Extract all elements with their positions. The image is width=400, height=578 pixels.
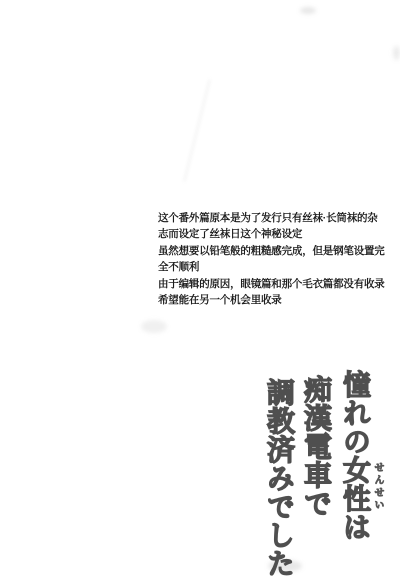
title-column-1: 憧れの女性は [341,370,369,541]
afterword-line: 志而设定了丝袜日这个神秘设定 [158,226,385,242]
title-column-3: 調教済みでした [265,378,293,578]
afterword-line: 由于编辑的原因，眼镜篇和那个毛衣篇都没有收录 [158,276,385,292]
afterword-line: 这个番外篇原本是为了发行只有丝袜·长筒袜的杂 [158,210,385,226]
scan-smudge [141,320,167,333]
scan-smudge [393,46,400,60]
afterword-line: 虽然想要以铅笔般的粗糙感完成，但是钢笔设置完 [158,243,385,259]
scan-smudge [300,7,316,14]
afterword-text-block: 这个番外篇原本是为了发行只有丝袜·长筒袜的杂 志而设定了丝袜日这个神秘设定 虽然… [158,210,385,308]
scanned-afterword-page: 这个番外篇原本是为了发行只有丝袜·长筒袜的杂 志而设定了丝袜日这个神秘设定 虽然… [0,0,400,578]
scan-crease [183,79,210,181]
title-column-2: 痴漢電車で [302,375,330,518]
afterword-line: 希望能在另一个机会里收录 [158,292,385,308]
furigana-sensei: せんせい [372,462,382,512]
afterword-line: 全不顺利 [158,259,385,275]
